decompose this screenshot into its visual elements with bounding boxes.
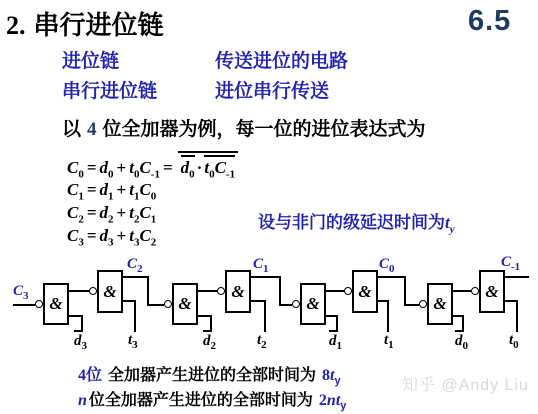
carry-label-c0: C0 [379, 256, 395, 275]
inverter-bubble-icon [344, 287, 352, 295]
inverter-bubble-icon [419, 300, 427, 308]
intro-bit-count: 4 [87, 119, 97, 140]
wire-riser [404, 276, 406, 306]
inverter-bubble-icon [471, 287, 479, 295]
wire-t2-drop [264, 300, 266, 332]
nand-gate: & [97, 270, 123, 313]
outer-overline: d0·t0C-1 [178, 151, 238, 180]
definition-desc-2: 进位串行传送 [215, 76, 329, 103]
overline-t0c-1: t0C-1 [204, 155, 235, 180]
overline-d0: d0 [181, 155, 195, 180]
title-number: 2. [6, 11, 26, 40]
wire-segment [450, 290, 471, 292]
input-label-d2: d2 [203, 330, 216, 352]
inverter-bubble-icon [35, 300, 43, 308]
conclusion-4bit: 4位全加器产生进位的全部时间为8ty [78, 362, 341, 387]
page-title: 2.串行进位链 [6, 5, 164, 42]
inverter-bubble-icon [89, 287, 97, 295]
nand-gate: & [172, 283, 198, 325]
and-symbol: & [103, 282, 116, 302]
and-symbol: & [358, 282, 371, 302]
wire-t1-drop [387, 300, 389, 332]
wire-riser [279, 276, 281, 306]
wire-segment [147, 304, 164, 306]
wire-c2-carry [121, 276, 149, 278]
delay-hint: 设与非门的级延迟时间为ty [258, 208, 455, 235]
nand-gate: & [300, 283, 326, 325]
intro-post: 位全加器为例，每一位的进位表达式为 [103, 119, 426, 140]
wire-segment [69, 290, 89, 292]
wire-riser [147, 276, 149, 306]
conclusion-nbit: n位全加器产生进位的全部时间为2nty [78, 387, 346, 412]
definition-term-1: 进位链 [62, 46, 119, 73]
wire-c3-out [13, 304, 35, 306]
input-label-t3: t3 [128, 332, 138, 351]
and-symbol: & [49, 294, 62, 314]
input-label-d1: d1 [329, 330, 342, 352]
inverter-bubble-icon [164, 300, 172, 308]
carry-label-c2: C2 [127, 256, 143, 275]
title-text: 串行进位链 [34, 11, 164, 40]
input-label-d3: d3 [74, 330, 87, 352]
watermark: 知乎 @Andy Liu [402, 372, 529, 395]
and-symbol: & [231, 282, 244, 302]
and-symbol: & [485, 282, 498, 302]
nand-gate: & [352, 270, 378, 313]
nand-gate: & [225, 270, 251, 313]
intro-sentence: 以4位全加器为例，每一位的进位表达式为 [62, 114, 426, 141]
wire-segment [325, 290, 344, 292]
inverter-bubble-icon [217, 287, 225, 295]
wire-t0-drop [516, 300, 518, 332]
definition-term-2: 串行进位链 [62, 76, 157, 103]
and-symbol: & [306, 294, 319, 314]
intro-pre: 以 [62, 119, 81, 140]
wire-c-1-in [505, 276, 529, 278]
equation-c3: C3=d3+t3C2 [67, 226, 156, 248]
equation-c1: C1=d1+t1C0 [67, 180, 156, 202]
carry-label-c-1: C-1 [501, 254, 520, 273]
wire-segment [404, 304, 419, 306]
and-symbol: & [178, 294, 191, 314]
and-symbol: & [433, 294, 446, 314]
wire-segment [198, 290, 217, 292]
inverter-bubble-icon [292, 300, 300, 308]
nand-gate: & [479, 270, 505, 313]
nand-gate: & [427, 283, 453, 325]
input-label-t2: t2 [257, 332, 267, 351]
nand-gate: & [43, 283, 69, 325]
wire-c1-carry [250, 276, 281, 278]
definition-desc-1: 传送进位的电路 [215, 46, 348, 73]
slide-number: 6.5 [468, 5, 511, 38]
slide: 2.串行进位链 6.5 进位链 传送进位的电路 串行进位链 进位串行传送 以4位… [0, 0, 538, 414]
input-label-d0: d0 [455, 330, 468, 352]
carry-label-c1: C1 [253, 256, 269, 275]
input-label-t0: t0 [509, 332, 519, 351]
equation-c2: C2=d2+t2C1 [67, 203, 156, 225]
wire-c0-carry [377, 276, 406, 278]
carry-label-c3: C3 [13, 283, 29, 302]
input-label-t1: t1 [384, 332, 394, 351]
equation-c0: C0=d0+t0C-1=d0·t0C-1 [67, 151, 238, 180]
wire-t3-drop [134, 300, 136, 332]
